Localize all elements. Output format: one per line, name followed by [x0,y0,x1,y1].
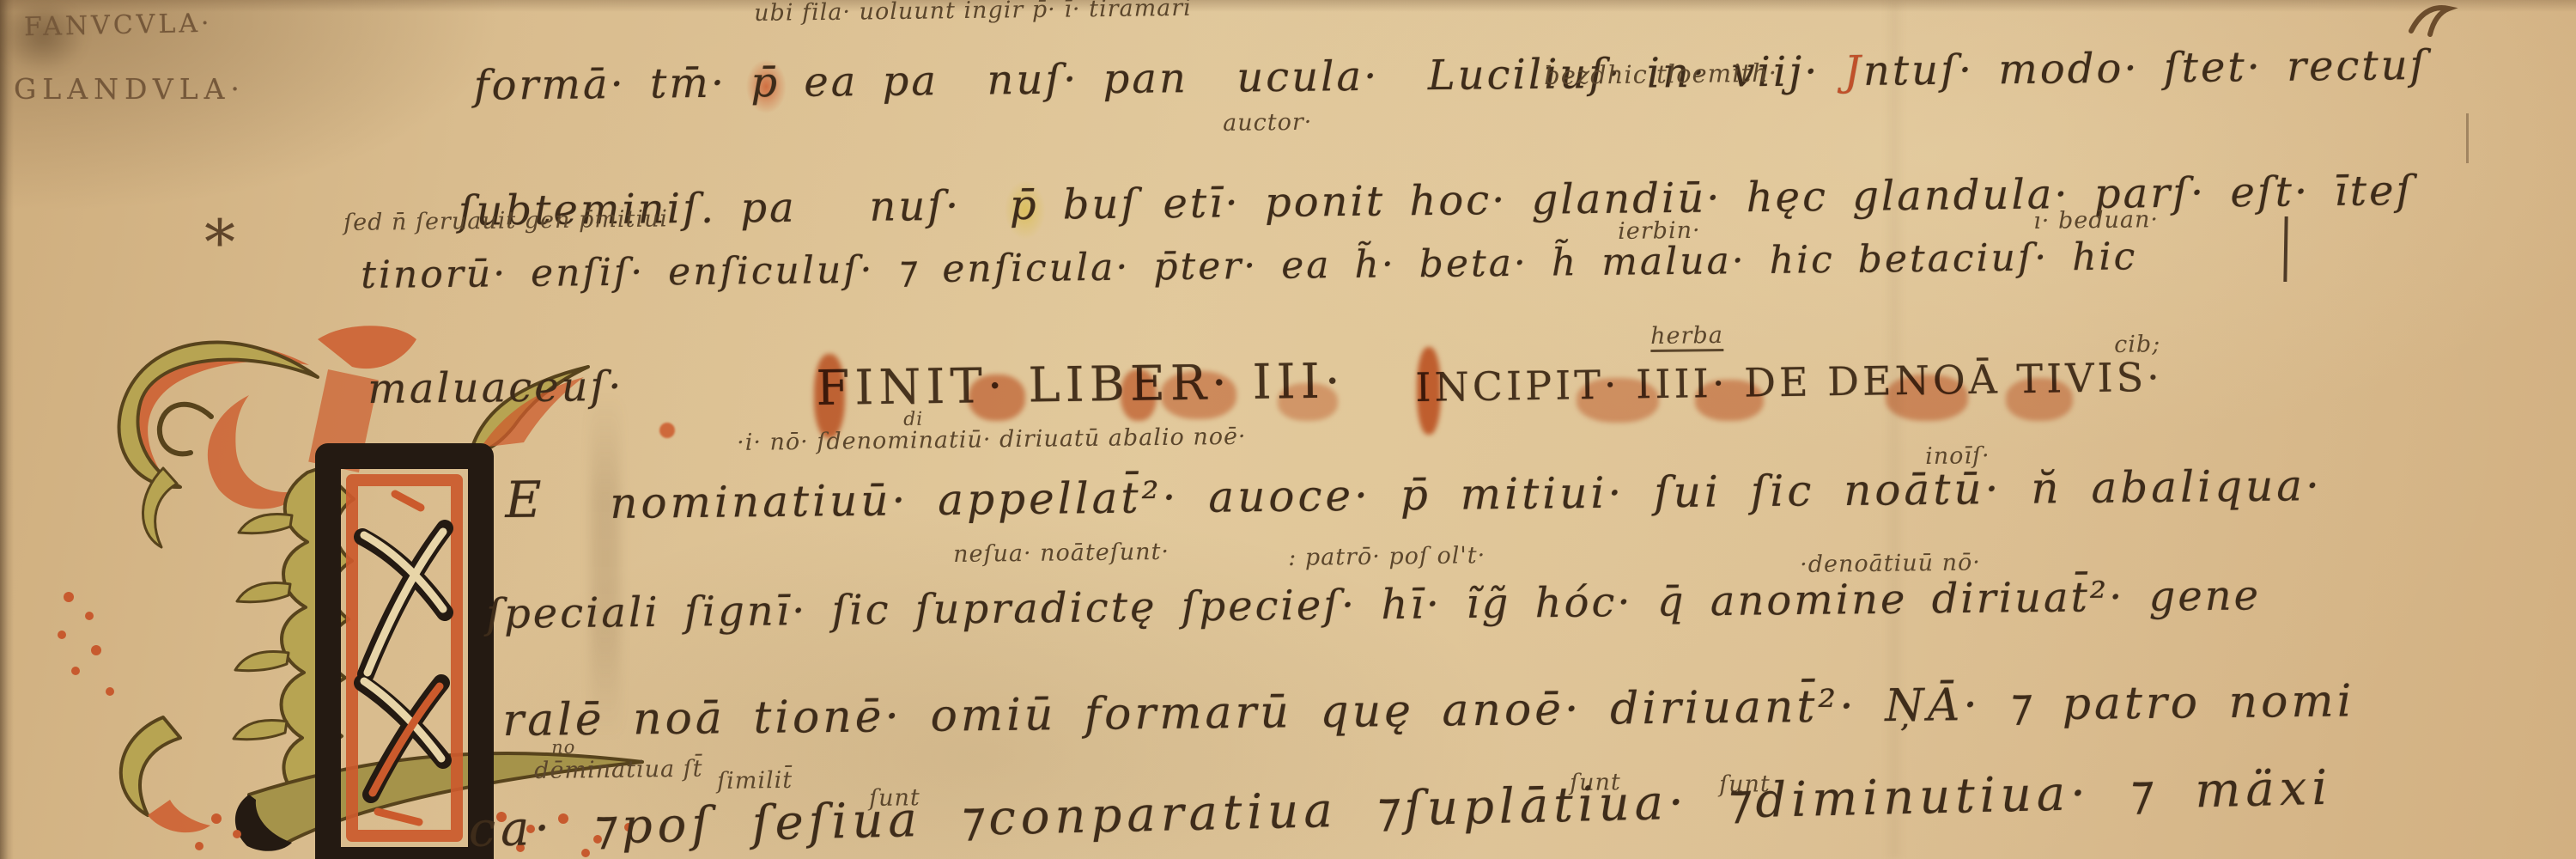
yellow-touched-p: p̄ [1010,184,1039,228]
text-line-4-maluaceus: maluaceuſ· [368,365,624,411]
line1-segment-e: ntuſ· modo· ſtet· rectuſ [1863,41,2428,95]
red-initial-i: J [1844,47,1863,95]
manuscript-page: FANVCVLA· GLANDVLA· * ubi fila· uoluunt̄… [0,0,2576,859]
text-line-6: ſpeciali ſignī· ſic ſupradictę ſpecieſ· … [486,574,2261,636]
text-line-7: ralē noā tionē· omiū formarū quę anoē· d… [502,678,2355,744]
margin-plant-label-glandula: GLANDVLA· [14,72,246,106]
margin-stroke [2283,216,2287,282]
interlinear-gloss-denoatiuu: ·denoātiuū nō· [1800,551,1981,576]
sublinear-gloss-denominatiua: dēminatiua ſt̄ [534,758,703,783]
rubric-touched-p: p̄ [750,61,780,105]
margin-asterisk-mark: * [204,206,235,278]
gloss-similiter: ſimilit̄ [717,769,793,793]
line1-segment-a: formā· tm̄· [474,59,751,110]
interlinear-gloss-auctor: auctor· [1223,111,1313,135]
sublinear-gloss-herba: herba [1650,324,1723,352]
text-line-5: nominatiuū· appellat̄²· auoce· p̄ mitiui… [610,463,2323,526]
sublinear-gloss-cib: cib; [2114,332,2160,356]
interlinear-gloss-denominatiu: ·i· nō· ſdenominatiū· diriuatū abalio no… [737,425,1247,454]
page-edge-shadow [0,0,14,859]
margin-plant-label-fanucula: FANVCVLA· [24,9,213,43]
interlinear-gloss-vernacular: bezdhic tloemith· [1544,61,1777,88]
rubric-dot [659,423,675,438]
text-line-5-initial-e: E [505,474,544,527]
margin-stroke-faint [2466,113,2469,163]
interlinear-gloss-sed-non-seruauit: ſed n̄ ſeruauit gen p̄mitiui [343,207,668,235]
explicit-finit-liber-iii: FINIT· LIBER· III· [816,353,1346,417]
superscript-gloss-di: di [903,411,923,429]
line2-segment-c: buſ etī· ponit hoc· glandiū· hęc glandul… [1038,167,2414,229]
interlinear-gloss-patro: : patrō· poſ ol't· [1288,544,1485,570]
superscript-gloss-no: no [551,739,575,757]
incipit-liber-iiii-de-denominativis: INCIPIT· IIII· DE DENOĀ TIVIS· [1415,354,2163,411]
corner-flourish [2404,0,2464,40]
interlinear-gloss-beduan: ı· beduan· [2033,208,2159,233]
interlinear-gloss-nesua: neſua· noāteſunt· [953,540,1170,566]
